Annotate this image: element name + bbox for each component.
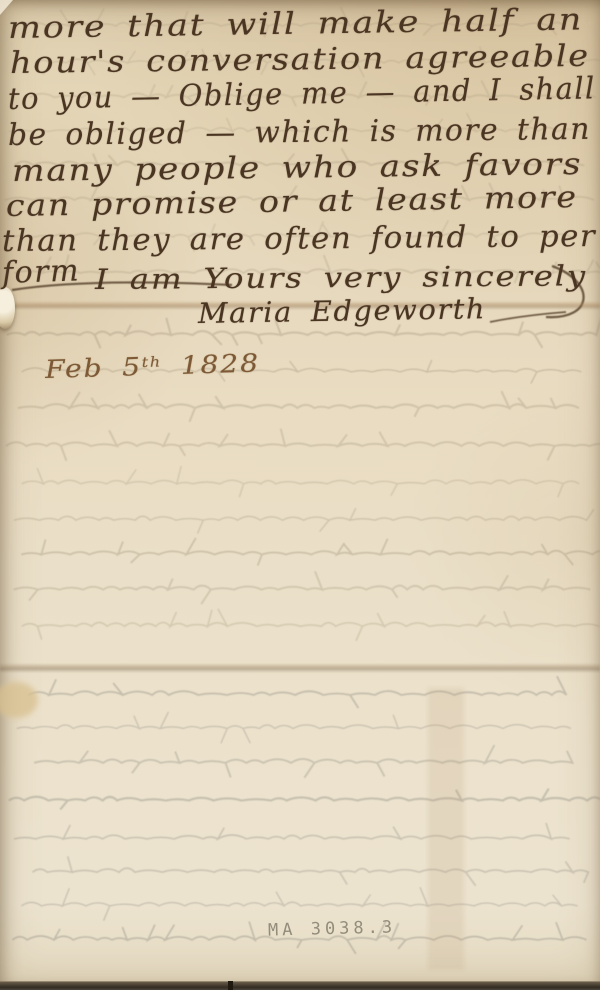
date-year: 1828 xyxy=(180,348,260,379)
date-month: Feb xyxy=(44,353,103,384)
fold-crease-bottom xyxy=(0,663,600,673)
letter-page: more that will make half an hour's conve… xyxy=(0,0,600,982)
letter-line: form xyxy=(1,256,80,289)
letter-date: Feb 5th 1828 xyxy=(45,350,261,382)
signature-maria-edgeworth: Maria Edgeworth xyxy=(198,295,487,328)
scan-bottom-edge xyxy=(0,981,600,990)
letter-line: be obliged — which is more than xyxy=(8,115,591,151)
accession-number: MA 3038.3 xyxy=(268,917,397,940)
letter-scan: more that will make half an hour's conve… xyxy=(0,0,600,990)
date-ordinal: th xyxy=(141,354,162,371)
vertical-fold-shadow xyxy=(428,688,464,970)
letter-line: than they are often found to per xyxy=(2,222,596,257)
letter-closing: I am Yours very sincerely xyxy=(95,262,587,294)
date-day: 5 xyxy=(121,352,142,382)
letter-line: more that will make half an xyxy=(8,5,584,44)
letter-line: can promise or at least more xyxy=(6,183,578,222)
